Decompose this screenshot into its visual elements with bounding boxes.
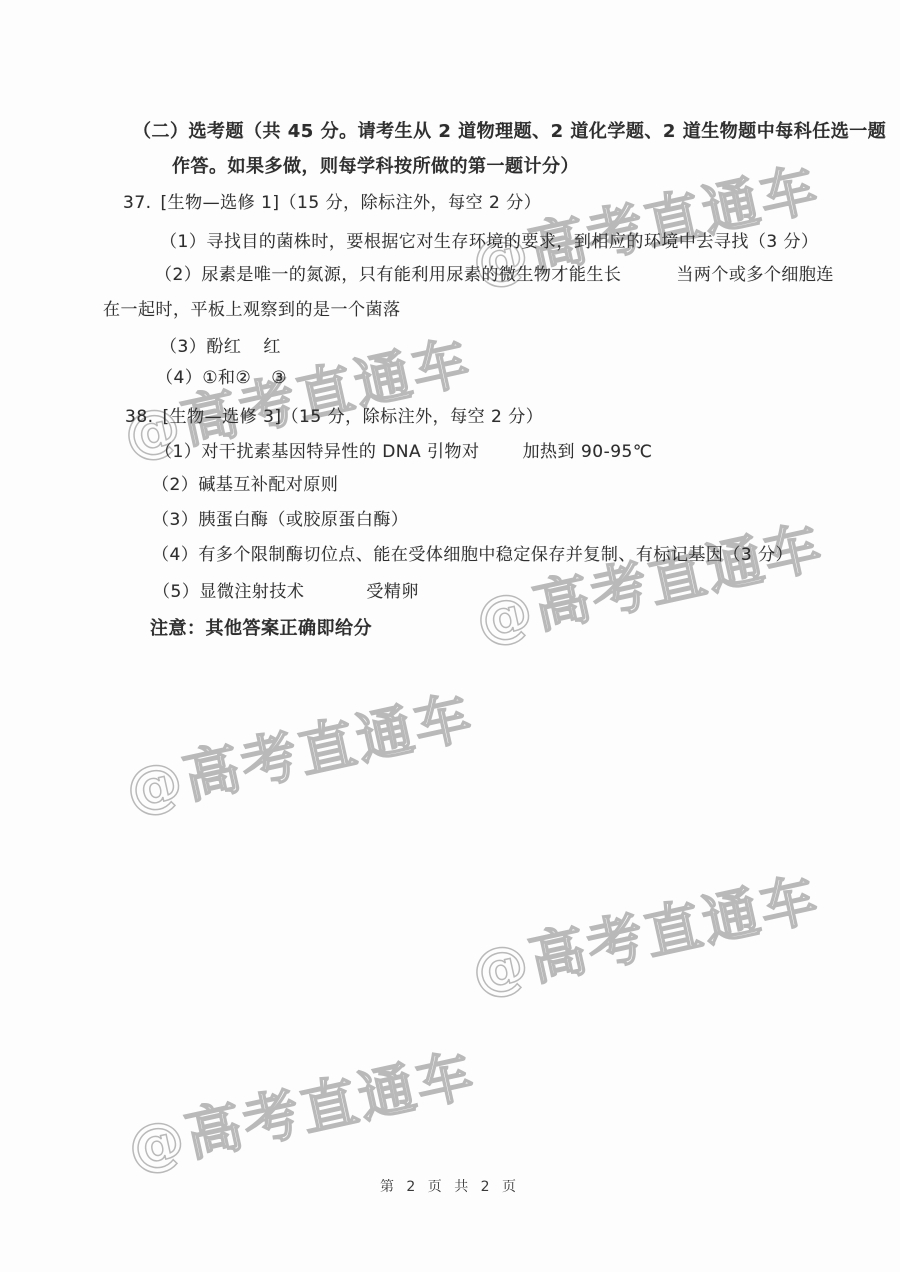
q37-answer-1: （1）寻找目的菌株时，要根据它对生存环境的要求，到相应的环境中去寻找（3 分）: [160, 227, 819, 252]
question-37-title-line: 37.[生物—选修 1]（15 分，除标注外，每空 2 分）: [123, 188, 541, 213]
q38-answer-1-part1: （1）对干扰素基因特异性的 DNA 引物对: [155, 442, 480, 462]
q37-answer-4-label: （4）①和②: [156, 368, 251, 388]
document-body: （二）选考题（共 45 分。请考生从 2 道物理题、2 道化学题、2 道生物题中…: [0, 0, 900, 1272]
question-37-number: 37.: [123, 193, 152, 213]
q38-answer-2: （2）碱基互补配对原则: [152, 470, 338, 495]
q38-answer-1-part2: 加热到 90-95℃: [523, 442, 653, 462]
page-number-text: 第 2 页 共 2 页: [380, 1179, 520, 1195]
question-38-title: [生物—选修 3]（15 分，除标注外，每空 2 分）: [163, 407, 544, 427]
q37-answer-2-part2: 当两个或多个细胞连: [676, 265, 834, 285]
q37-answer-3-label: （3）酚红: [160, 337, 241, 357]
page-number-footer: 第 2 页 共 2 页: [0, 1176, 900, 1196]
question-37-title: [生物—选修 1]（15 分，除标注外，每空 2 分）: [161, 193, 542, 213]
q37-answer-3: （3）酚红红: [160, 332, 281, 357]
question-38-number: 38.: [125, 407, 154, 427]
section-header-line2: 作答。如果多做，则每学科按所做的第一题计分）: [172, 152, 579, 178]
q38-answer-4: （4）有多个限制酶切位点、能在受体细胞中稳定保存并复制、有标记基因（3 分）: [152, 540, 793, 565]
q37-answer-2-part1: （2）尿素是唯一的氮源，只有能利用尿素的微生物才能生长: [155, 265, 621, 285]
q38-answer-3: （3）胰蛋白酶（或胶原蛋白酶）: [152, 505, 408, 530]
grading-note: 注意：其他答案正确即给分: [150, 614, 372, 640]
q38-answer-5-part1: （5）显微注射技术: [153, 582, 304, 602]
q37-answer-4: （4）①和②③: [156, 363, 287, 388]
q37-answer-3-value: 红: [263, 337, 281, 357]
q38-answer-1: （1）对干扰素基因特异性的 DNA 引物对加热到 90-95℃: [155, 437, 652, 462]
section-header-line1: （二）选考题（共 45 分。请考生从 2 道物理题、2 道化学题、2 道生物题中…: [133, 117, 886, 143]
q37-answer-2-continuation: 在一起时，平板上观察到的是一个菌落: [103, 295, 401, 320]
q37-answer-2: （2）尿素是唯一的氮源，只有能利用尿素的微生物才能生长当两个或多个细胞连: [155, 260, 834, 285]
q38-answer-5: （5）显微注射技术受精卵: [153, 577, 419, 602]
q37-answer-4-value: ③: [271, 368, 287, 388]
question-38-title-line: 38.[生物—选修 3]（15 分，除标注外，每空 2 分）: [125, 402, 543, 427]
q38-answer-5-part2: 受精卵: [366, 582, 419, 602]
scanned-answer-key-page: @高考直通车 @高考直通车 @高考直通车 @高考直通车 @高考直通车 @高考直通…: [0, 0, 900, 1272]
